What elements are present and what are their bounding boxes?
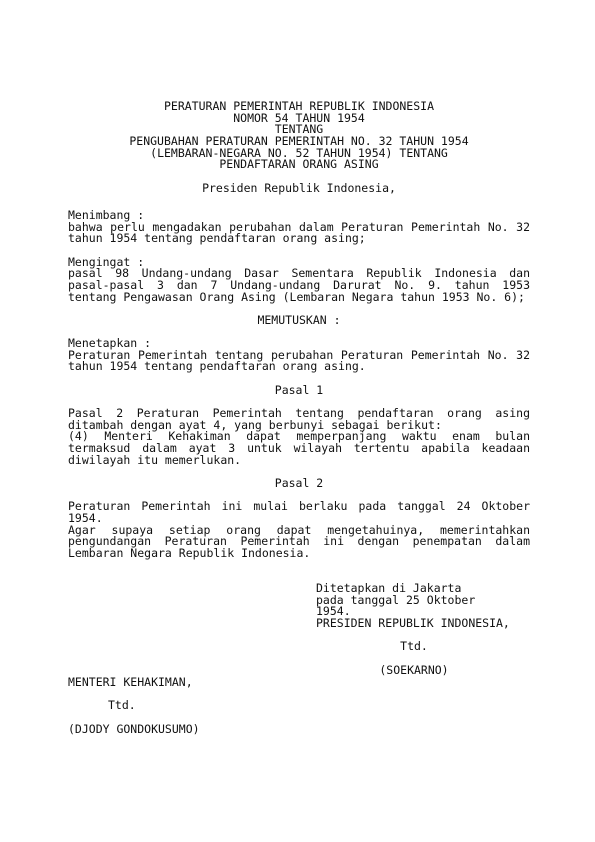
salutation: Presiden Republik Indonesia, [68,183,530,195]
pasal-1-heading: Pasal 1 [68,385,530,397]
pasal-2-heading: Pasal 2 [68,478,530,490]
countersign-block: MENTERI KEHAKIMAN, Ttd. (DJODY GONDOKUSU… [68,677,368,735]
president-ttd: Ttd. [316,641,512,653]
menetapkan-line: tahun 1954 tentang pendaftaran orang asi… [68,361,530,373]
document-header: PERATURAN PEMERINTAH REPUBLIK INDONESIA … [68,101,530,171]
document-body: Menimbang : bahwa perlu mengadakan perub… [68,210,530,560]
enactment-signature-block: Ditetapkan di Jakarta pada tanggal 25 Ok… [316,583,512,676]
president-signature-name: (SOEKARNO) [316,665,512,677]
memutuskan-heading: MEMUTUSKAN : [68,315,530,327]
pasal-1-line: diwilayah itu memerlukan. [68,455,530,467]
document-page: PERATURAN PEMERINTAH REPUBLIK INDONESIA … [0,0,595,842]
enactment-date-line: pada tanggal 25 Oktober 1954. [316,595,512,618]
mengingat-line: tentang Pengawasan Orang Asing (Lembaran… [68,292,530,304]
president-title: PRESIDEN REPUBLIK INDONESIA, [316,618,512,630]
minister-signature-name: (DJODY GONDOKUSUMO) [68,724,368,736]
salutation-line: Presiden Republik Indonesia, [68,183,530,195]
pasal-2-line: Lembaran Negara Republik Indonesia. [68,548,530,560]
minister-title: MENTERI KEHAKIMAN, [68,677,368,689]
menimbang-line: tahun 1954 tentang pendaftaran orang asi… [68,233,530,245]
header-line: PENDAFTARAN ORANG ASING [68,159,530,171]
pasal-2-line: Peraturan Pemerintah ini mulai berlaku p… [68,501,530,513]
minister-ttd: Ttd. [108,700,368,712]
